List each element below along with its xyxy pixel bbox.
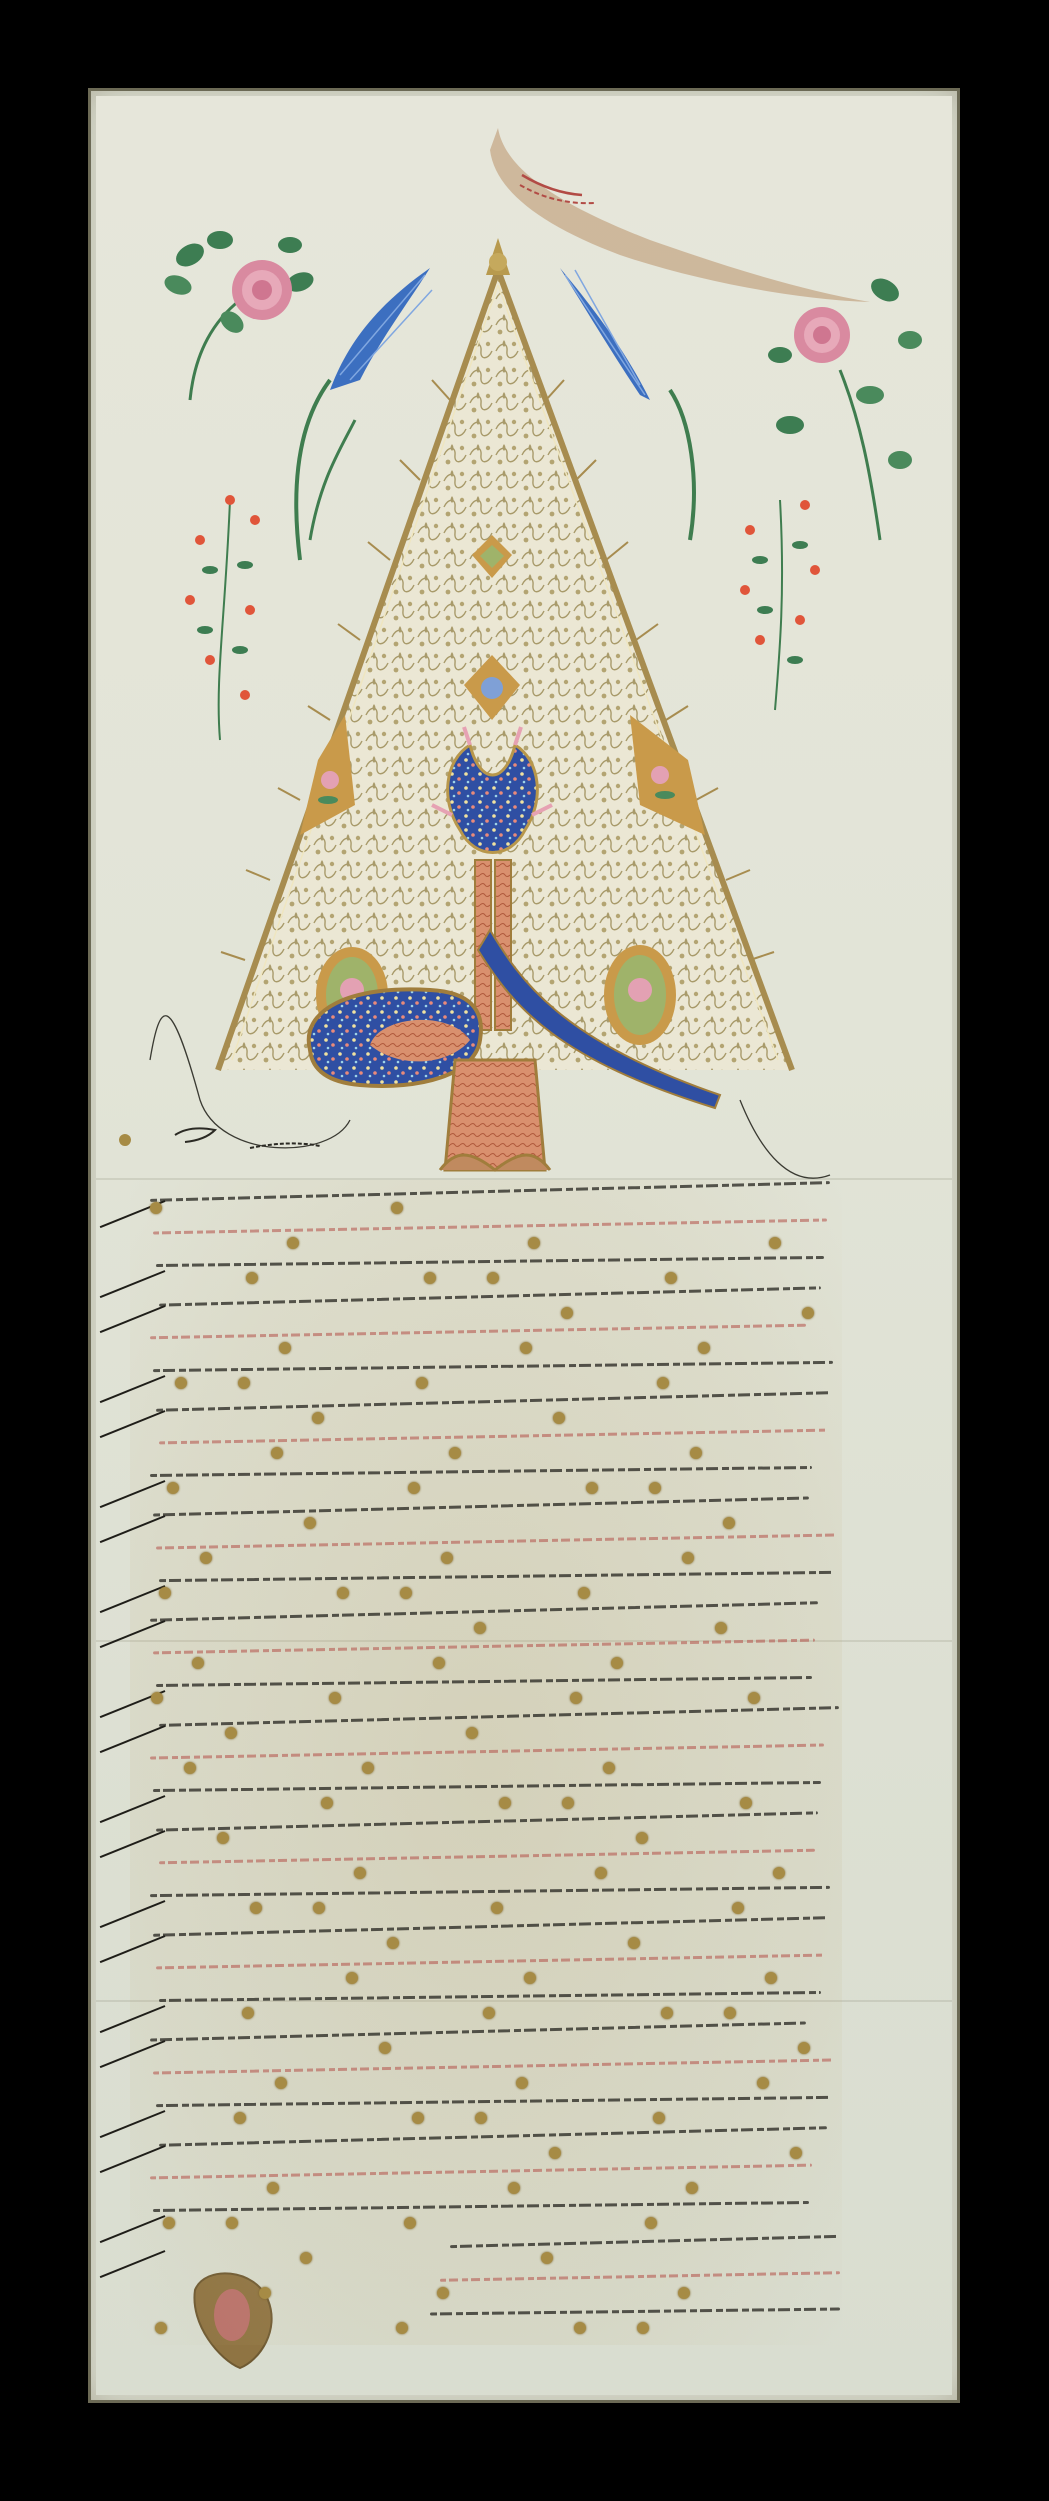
gold-dot (155, 2322, 167, 2334)
rose-right-icon (768, 274, 922, 540)
gold-dot (267, 2182, 279, 2194)
gold-dot (723, 1517, 735, 1529)
gold-dot (217, 1832, 229, 1844)
gold-dot (275, 2077, 287, 2089)
gold-dot (354, 1867, 366, 1879)
gold-dot (682, 1552, 694, 1564)
gold-dot (329, 1692, 341, 1704)
rose-left-icon (162, 231, 316, 400)
cartouche-lower-right (604, 945, 676, 1045)
gold-dot (790, 2147, 802, 2159)
gold-dot (234, 2112, 246, 2124)
gold-dot (312, 1412, 324, 1424)
gold-dot (396, 2322, 408, 2334)
gold-dot (313, 1902, 325, 1914)
gold-dot (773, 1867, 785, 1879)
gold-dot (475, 2112, 487, 2124)
gold-dot (491, 1902, 503, 1914)
gold-dot (653, 2112, 665, 2124)
marginal-notation (119, 1128, 320, 1148)
gold-dot (200, 1552, 212, 1564)
gold-dot (346, 1972, 358, 1984)
gold-dot (549, 2147, 561, 2159)
gold-dot (499, 1797, 511, 1809)
gold-dot (508, 2182, 520, 2194)
gold-dot (561, 1307, 573, 1319)
gold-dot (449, 1447, 461, 1459)
gold-dot (279, 1342, 291, 1354)
gold-dot (690, 1447, 702, 1459)
gold-dot (437, 2287, 449, 2299)
gold-dot (715, 1622, 727, 1634)
gold-dot (487, 1272, 499, 1284)
gold-dot (657, 1377, 669, 1389)
gold-dot (424, 1272, 436, 1284)
gold-dot (192, 1657, 204, 1669)
gold-dot (321, 1797, 333, 1809)
gold-dot (769, 1237, 781, 1249)
gold-dot (259, 2287, 271, 2299)
gold-dot (765, 1972, 777, 1984)
gold-dot (757, 2077, 769, 2089)
gold-dot (151, 1692, 163, 1704)
gold-dot (732, 1902, 744, 1914)
gold-dot (404, 2217, 416, 2229)
gold-dot (628, 1937, 640, 1949)
gold-dot (159, 1587, 171, 1599)
gold-dot (163, 2217, 175, 2229)
gold-dot (798, 2042, 810, 2054)
gold-dot (246, 1272, 258, 1284)
gold-dot (528, 1237, 540, 1249)
gold-dot (387, 1937, 399, 1949)
gold-dot (649, 1482, 661, 1494)
gold-dot (524, 1972, 536, 1984)
gold-dot (400, 1587, 412, 1599)
gold-dot (184, 1762, 196, 1774)
sprig-right-icon (740, 500, 820, 710)
gold-dot (570, 1692, 582, 1704)
gold-dot (300, 2252, 312, 2264)
gold-dot (150, 1202, 162, 1214)
gold-dot (686, 2182, 698, 2194)
gold-dot (226, 2217, 238, 2229)
gold-dot (562, 1797, 574, 1809)
gold-dot (250, 1902, 262, 1914)
gold-dot (271, 1447, 283, 1459)
gold-dot (483, 2007, 495, 2019)
gold-dot (362, 1762, 374, 1774)
gold-dot (603, 1762, 615, 1774)
gold-dot (553, 1412, 565, 1424)
gold-dot (433, 1657, 445, 1669)
gold-dot (408, 1482, 420, 1494)
gold-dot (740, 1797, 752, 1809)
gold-dot (661, 2007, 673, 2019)
gold-dot (636, 1832, 648, 1844)
gold-dot (379, 2042, 391, 2054)
gold-dot (416, 1377, 428, 1389)
gold-dot (595, 1867, 607, 1879)
gold-dot (678, 2287, 690, 2299)
gold-dot (391, 1202, 403, 1214)
gold-dot (802, 1307, 814, 1319)
gold-dot (238, 1377, 250, 1389)
gold-dot (645, 2217, 657, 2229)
gold-dot (287, 1237, 299, 1249)
gold-dot (441, 1552, 453, 1564)
gold-dot (304, 1517, 316, 1529)
sprig-left-icon (185, 495, 260, 740)
gold-dot (724, 2007, 736, 2019)
gold-dot (466, 1727, 478, 1739)
gold-dot (541, 2252, 553, 2264)
gold-dot (412, 2112, 424, 2124)
gold-dot (225, 1727, 237, 1739)
gold-dot (578, 1587, 590, 1599)
gold-dot (665, 1272, 677, 1284)
gold-dot (175, 1377, 187, 1389)
gold-dot (337, 1587, 349, 1599)
gold-dot (520, 1342, 532, 1354)
gold-dot (574, 2322, 586, 2334)
gold-dot (586, 1482, 598, 1494)
gold-dot (516, 2077, 528, 2089)
gold-dot (474, 1622, 486, 1634)
gold-dot (748, 1692, 760, 1704)
invocation-crescent (490, 128, 870, 302)
gold-dot (611, 1657, 623, 1669)
gold-dot (242, 2007, 254, 2019)
gold-dot (167, 1482, 179, 1494)
gold-dot (637, 2322, 649, 2334)
gold-dot (698, 1342, 710, 1354)
